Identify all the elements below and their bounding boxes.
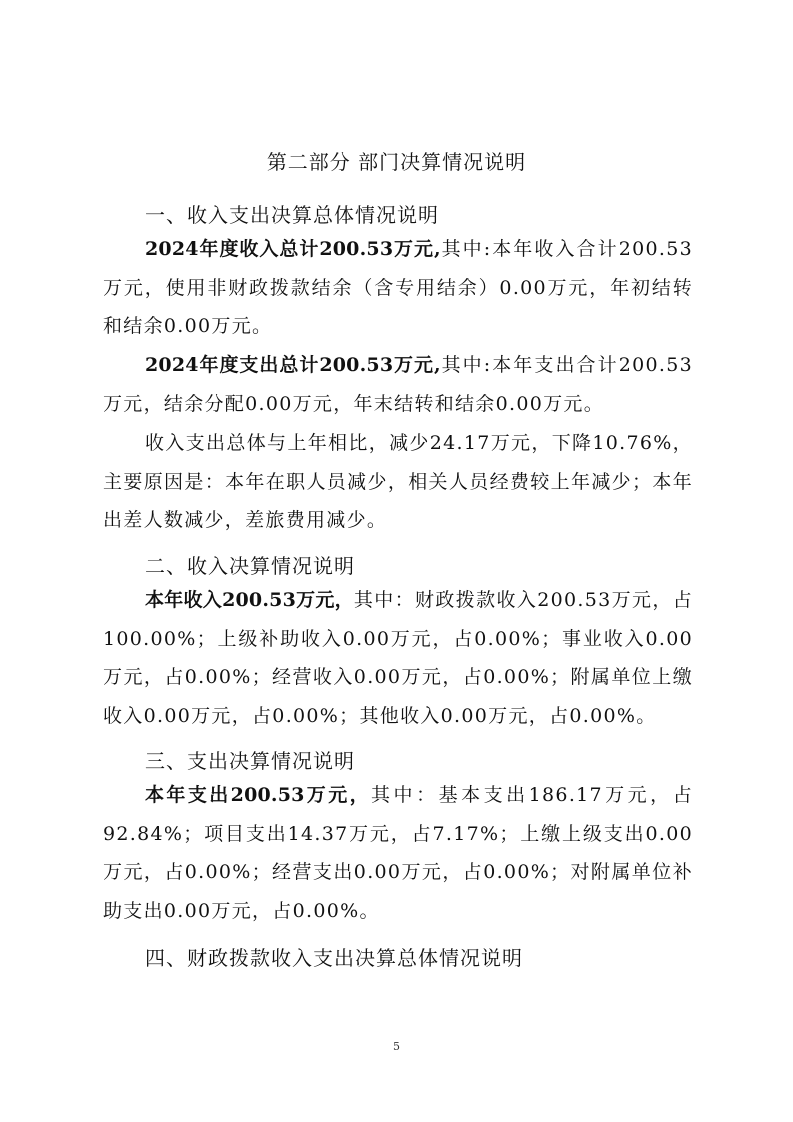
paragraph-income-detail: 本年收入200.53万元，其中：财政拨款收入200.53万元，占100.00%；… <box>103 581 693 735</box>
section-heading-3: 三、支出决算情况说明 <box>145 745 355 774</box>
page-title: 第二部分 部门决算情况说明 <box>0 146 793 175</box>
section-heading-2: 二、收入决算情况说明 <box>145 550 355 579</box>
document-page: 第二部分 部门决算情况说明 一、收入支出决算总体情况说明 2024年度收入总计2… <box>0 0 793 1122</box>
paragraph-yoy-comparison: 收入支出总体与上年相比，减少24.17万元，下降10.76%，主要原因是：本年在… <box>103 424 693 540</box>
section-heading-4: 四、财政拨款收入支出决算总体情况说明 <box>145 942 523 971</box>
section-heading-1: 一、收入支出决算总体情况说明 <box>145 199 439 228</box>
paragraph-income-total: 2024年度收入总计200.53万元,其中:本年收入合计200.53万元，使用非… <box>103 230 693 346</box>
paragraph-bold-lead: 本年收入200.53万元， <box>145 589 354 611</box>
paragraph-expense-total: 2024年度支出总计200.53万元,其中:本年支出合计200.53万元，结余分… <box>103 346 693 423</box>
paragraph-expense-detail: 本年支出200.53万元，其中：基本支出186.17万元，占92.84%；项目支… <box>103 776 693 930</box>
paragraph-bold-lead: 2024年度收入总计200.53万元, <box>145 238 441 260</box>
page-number: 5 <box>0 1040 793 1053</box>
paragraph-text: 收入支出总体与上年相比，减少24.17万元，下降10.76%，主要原因是：本年在… <box>103 432 693 531</box>
paragraph-bold-lead: 2024年度支出总计200.53万元, <box>145 354 441 376</box>
paragraph-bold-lead: 本年支出200.53万元， <box>145 784 371 806</box>
